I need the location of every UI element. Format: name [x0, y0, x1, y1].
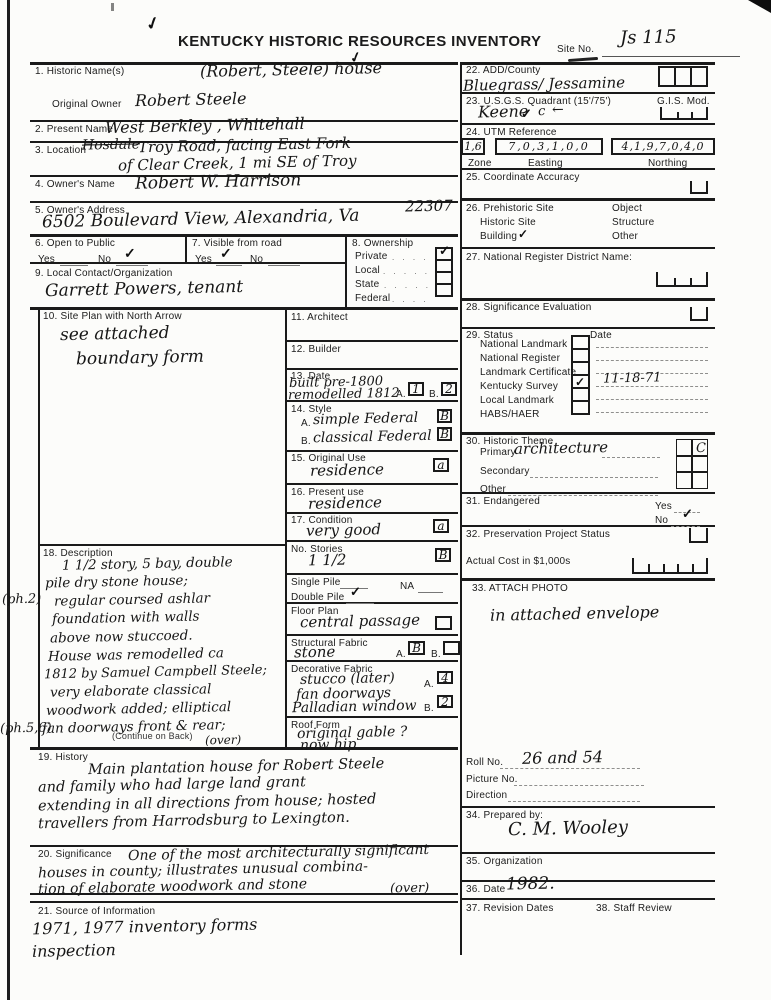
open-no-blank: [116, 264, 148, 266]
date-36-value: 1982.: [506, 873, 555, 894]
attach-photo-value: in attached envelope: [490, 602, 660, 625]
date-a-label: A.: [396, 389, 406, 400]
description-line: foundation with walls: [52, 608, 200, 627]
historic-names-value: (Robert, Steele) house: [200, 58, 382, 81]
preservation-project-label: 32. Preservation Project Status: [466, 529, 610, 540]
theme-primary-line: [602, 456, 660, 458]
decorative-a-box: 4: [437, 671, 453, 684]
original-owner-value: Robert Steele: [135, 89, 247, 110]
style-b-box: B: [437, 427, 452, 441]
building-checkmark: ✓: [518, 227, 528, 241]
style-b-value: classical Federal: [313, 428, 432, 446]
status-row-label: National Landmark: [480, 339, 567, 350]
gis-mod-label: G.I.S. Mod.: [657, 96, 710, 107]
rule: [285, 340, 458, 342]
open-to-public-label: 6. Open to Public: [35, 238, 115, 249]
prepared-by-value: C. M. Wooley: [508, 817, 628, 841]
rule: [30, 234, 458, 237]
description-line: 1 1/2 story, 5 bay, double: [62, 554, 233, 574]
original-use-value: residence: [310, 460, 384, 480]
site-plan-label: 10. Site Plan with North Arrow: [43, 311, 182, 322]
endangered-no-blank: [671, 525, 700, 527]
other-label: Other: [612, 231, 638, 242]
preservation-project-box: [689, 528, 708, 543]
visible-from-road-label: 7. Visible from road: [192, 238, 282, 249]
endangered-no-label: No: [655, 515, 668, 526]
rule: [460, 898, 715, 900]
status-date-label: Date: [590, 330, 612, 341]
date-a-box: 1: [408, 382, 424, 396]
rule: [460, 432, 715, 435]
rule: [38, 544, 285, 546]
double-pile-label: Double Pile: [291, 592, 344, 603]
stories-box: B: [435, 548, 451, 562]
site-plan-line1: see attached: [60, 323, 170, 345]
significance-evaluation-label: 28. Significance Evaluation: [466, 302, 591, 313]
rule: [30, 747, 458, 750]
dot-leader: . . . . . . . . . . . . .: [384, 281, 432, 290]
theme-secondary-line: [530, 476, 658, 478]
add-county-box: [690, 66, 708, 87]
utm-easting-label: Easting: [528, 158, 563, 169]
decorative-b-label: B.: [424, 703, 434, 714]
rule: [30, 201, 458, 203]
status-checkbox: [571, 400, 590, 415]
open-no-label: No: [98, 254, 111, 265]
ownership-label: 8. Ownership: [352, 238, 413, 249]
description-line: House was remodelled ca: [48, 645, 224, 665]
scan-speck: [111, 3, 114, 11]
description-line: pile dry stone house;: [45, 573, 188, 592]
ownership-local-label: Local: [355, 265, 380, 276]
structural-a-box: B: [408, 641, 425, 655]
rule: [460, 852, 715, 854]
rule: [285, 368, 458, 370]
roll-no-value: 26 and 54: [522, 747, 603, 768]
prehistoric-site-label: 26. Prehistoric Site: [466, 203, 554, 214]
style-a-value: simple Federal: [313, 410, 418, 428]
direction-label: Direction: [466, 790, 507, 801]
significance-over-note: (over): [390, 881, 430, 897]
date-b-box: 2: [441, 382, 457, 396]
endangered-label: 31. Endangered: [466, 496, 540, 507]
status-row-label: HABS/HAER: [480, 409, 540, 420]
status-date-line: [596, 398, 708, 400]
actual-cost-label: Actual Cost in $1,000s: [466, 556, 570, 567]
source-of-information-label: 21. Source of Information: [38, 906, 155, 917]
rule: [285, 483, 458, 485]
roof-form-line2: now hip: [300, 736, 357, 753]
rule: [285, 716, 458, 718]
ownership-federal-checkbox: [435, 283, 453, 297]
attach-photo-label: 33. ATTACH PHOTO: [472, 583, 568, 594]
utm-zone-label: Zone: [468, 158, 492, 169]
scan-corner-mark: [748, 0, 771, 13]
roll-no-line: [500, 767, 640, 769]
history-label: 19. History: [38, 752, 88, 763]
date-line2: remodelled 1812: [288, 386, 400, 403]
dot-leader: . . . . . . . . . . . . .: [392, 295, 432, 304]
add-county-value: Bluegrass/ Jessamine: [463, 73, 625, 94]
structural-b-label: B.: [431, 649, 441, 660]
page-title: KENTUCKY HISTORIC RESOURCES INVENTORY: [178, 33, 538, 50]
status-date-line: [596, 411, 708, 413]
rule: [38, 307, 40, 747]
quadrant-mark-c: c: [538, 104, 546, 119]
rule: [460, 123, 715, 125]
site-no-line: [602, 56, 740, 57]
revision-dates-label: 37. Revision Dates: [466, 903, 554, 914]
source-line1: 1971, 1977 inventory forms: [32, 915, 258, 939]
rule: [460, 298, 715, 301]
rule: [285, 540, 458, 542]
object-label: Object: [612, 203, 642, 214]
coordinate-accuracy-label: 25. Coordinate Accuracy: [466, 172, 580, 183]
decorative-value3: Palladian window: [292, 698, 417, 717]
ownership-state-label: State: [355, 279, 379, 290]
dot-leader: . . . . . . . . . . . . .: [392, 253, 432, 262]
date-36-label: 36. Date: [466, 884, 505, 895]
present-name-label: 2. Present Name: [35, 124, 113, 135]
quadrant-checkmark: ✓: [521, 107, 532, 122]
style-b-label: B.: [301, 436, 311, 447]
structural-fabric-value: stone: [294, 643, 336, 662]
nr-district-boxes: [656, 272, 708, 287]
quadrant-pen-arrow: ←: [552, 102, 564, 118]
ownership-federal-label: Federal: [355, 293, 390, 304]
condition-box: a: [433, 519, 449, 533]
open-no-checkmark: ✓: [124, 246, 136, 262]
owner-address-zip: 22307: [405, 197, 453, 216]
rule: [30, 901, 458, 903]
status-row-label: Local Landmark: [480, 395, 554, 406]
decorative-b-box: 2: [437, 695, 453, 708]
scan-pen-dash: [568, 57, 598, 62]
double-pile-checkmark: ✓: [350, 585, 361, 600]
floor-plan-box: [435, 616, 452, 630]
picture-no-label: Picture No.: [466, 774, 518, 785]
utm-northing-label: Northing: [648, 158, 687, 169]
stray-checkmark: ✓: [143, 12, 163, 35]
rule: [460, 880, 715, 882]
owner-name-label: 4. Owner's Name: [35, 179, 115, 190]
rule: [460, 578, 715, 581]
present-name-value: West Berkley , Whitehall: [105, 114, 305, 137]
status-row-label: National Register: [480, 353, 560, 364]
open-yes-blank: [60, 264, 88, 266]
status-date-line: [596, 359, 708, 361]
structural-b-box: [443, 641, 460, 655]
organization-label: 35. Organization: [466, 856, 543, 867]
description-over-note: (over): [205, 733, 242, 748]
visible-yes-checkmark: ✓: [220, 246, 232, 262]
status-date-line: [596, 346, 708, 348]
style-a-box: B: [437, 409, 452, 423]
actual-cost-boxes: [632, 558, 708, 574]
theme-other-label: Other: [480, 484, 506, 495]
site-no-value: Js 115: [620, 26, 677, 48]
picture-no-line: [514, 784, 644, 786]
status-row-label: Landmark Certificate: [480, 367, 576, 378]
dot-leader: . . . . . . . . . . . . .: [383, 267, 432, 276]
scanned-inventory-form: ✓ ✓ KENTUCKY HISTORIC RESOURCES INVENTOR…: [0, 0, 771, 1000]
scan-edge-line: [7, 0, 10, 1000]
na-label: NA: [400, 581, 414, 592]
rule: [285, 307, 287, 747]
condition-value: very good: [306, 520, 381, 540]
structural-a-label: A.: [396, 649, 406, 660]
theme-secondary-label: Secondary: [480, 466, 530, 477]
roll-no-label: Roll No.: [466, 757, 503, 768]
site-plan-line2: boundary form: [76, 347, 204, 370]
description-margin-note: (ph.5,6): [0, 720, 52, 736]
description-line: above now stuccoed.: [50, 628, 193, 647]
endangered-no-checkmark: ✓: [682, 507, 693, 522]
source-line2: inspection: [32, 940, 116, 961]
theme-primary-label: Primary: [480, 447, 516, 458]
open-yes-label: Yes: [38, 254, 55, 265]
architect-label: 11. Architect: [291, 312, 348, 323]
gis-mod-boxes: [660, 107, 708, 120]
theme-primary-value: architecture: [514, 438, 608, 458]
theme-code-letter: C: [696, 441, 706, 456]
style-a-label: A.: [301, 418, 311, 429]
description-line: 1812 by Samuel Campbell Steele;: [44, 663, 267, 683]
description-line: regular coursed ashlar: [54, 590, 210, 609]
visible-yes-label: Yes: [195, 254, 212, 265]
description-line: very elaborate classical: [50, 681, 212, 700]
coordinate-accuracy-box: [690, 181, 708, 194]
continue-on-back-note: (Continue on Back): [112, 731, 193, 741]
rule: [460, 247, 715, 249]
local-contact-value: Garrett Powers, tenant: [45, 277, 243, 301]
single-pile-label: Single Pile: [291, 577, 340, 588]
ownership-private-checkmark: ✓: [439, 244, 450, 259]
visible-no-label: No: [250, 254, 263, 265]
description-margin-note: (ph.2): [2, 592, 42, 608]
rule: [185, 234, 187, 262]
nr-district-label: 27. National Register District Name:: [466, 252, 632, 263]
historic-names-label: 1. Historic Name(s): [35, 66, 124, 77]
status-row-label: Kentucky Survey: [480, 381, 558, 392]
kentucky-survey-checkmark: ✓: [575, 375, 585, 389]
double-pile-blank: [346, 602, 374, 604]
visible-no-blank: [268, 264, 300, 266]
owner-name-value: Robert W. Harrison: [135, 170, 302, 193]
rule: [285, 634, 458, 636]
visible-yes-blank: [216, 264, 242, 266]
location-label: 3. Location: [35, 145, 86, 156]
floor-plan-value: central passage: [300, 611, 420, 632]
history-line: and family who had large land grant: [38, 774, 306, 796]
building-label: Building: [480, 231, 517, 242]
staff-review-label: 38. Staff Review: [596, 903, 672, 914]
location-struck-word: Hosdale: [82, 136, 140, 153]
local-contact-label: 9. Local Contact/Organization: [35, 268, 173, 279]
significance-label: 20. Significance: [38, 849, 112, 860]
structure-label: Structure: [612, 217, 654, 228]
builder-label: 12. Builder: [291, 344, 341, 355]
endangered-yes-label: Yes: [655, 501, 672, 512]
kentucky-survey-date: 11-18-71: [603, 370, 662, 386]
utm-reference-label: 24. UTM Reference: [466, 127, 557, 138]
description-line: woodwork added; elliptical: [46, 699, 231, 719]
rule: [460, 806, 715, 808]
original-use-box: a: [433, 458, 449, 472]
rule: [460, 327, 715, 329]
significance-evaluation-box: [690, 307, 708, 321]
na-blank: [418, 591, 443, 593]
rule: [460, 62, 462, 955]
site-no-label: Site No.: [557, 44, 594, 55]
rule: [30, 307, 458, 310]
stories-value: 1 1/2: [308, 551, 347, 570]
original-owner-label: Original Owner: [52, 99, 122, 110]
present-use-value: residence: [308, 493, 382, 513]
utm-zone-box: 1,6: [461, 138, 485, 155]
rule: [285, 450, 458, 452]
ownership-private-label: Private: [355, 251, 388, 262]
rule: [285, 573, 458, 575]
date-b-label: B.: [429, 389, 439, 400]
rule: [345, 234, 347, 307]
utm-easting-box: 7,0,3,1,0,0: [495, 138, 603, 155]
utm-northing-box: 4,1,9,7,0,4,0: [611, 138, 715, 155]
direction-line: [508, 800, 640, 802]
decorative-a-label: A.: [424, 679, 434, 690]
rule: [460, 198, 715, 201]
